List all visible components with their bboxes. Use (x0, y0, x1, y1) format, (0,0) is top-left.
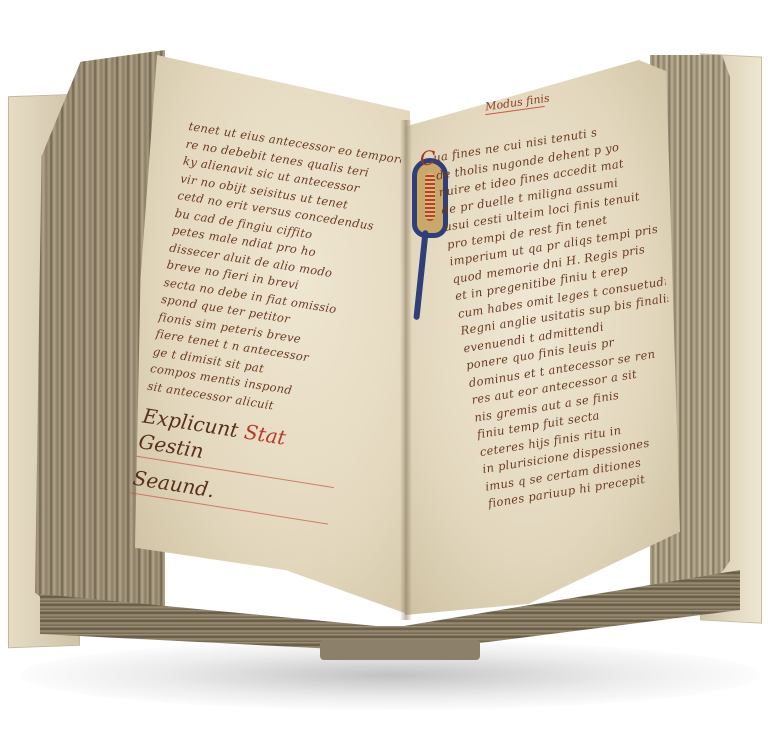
initial-scrollwork (425, 173, 435, 221)
explicit-word-red: Stat (243, 420, 288, 450)
spine-bottom (320, 640, 480, 660)
manuscript-photo: tenet ut eius antecessor eo tempore re n… (0, 0, 768, 735)
gutter-shadow (400, 120, 412, 620)
